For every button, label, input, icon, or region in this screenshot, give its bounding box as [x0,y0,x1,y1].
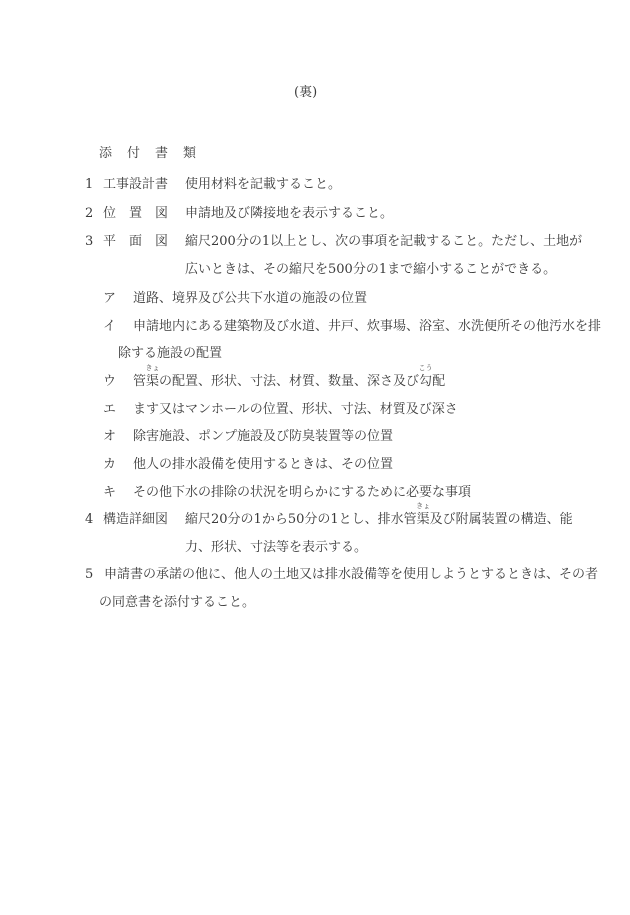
sub-item-u-pre: 管 [133,374,146,389]
sub-item-u-row: ウ 管渠きょの配置、形状、寸法、材質、数量、深さ及び勾こう配 [0,372,630,392]
item-2-desc: 申請地及び隣接地を表示すること。 [185,204,393,224]
sub-item-e-label: エ [103,400,116,420]
sub-item-ki-row: キ その他下水の排除の状況を明らかにするために必要な事項 [0,483,630,503]
item-1-desc: 使用材料を記載すること。 [185,175,341,195]
sub-item-a-row: ア 道路、境界及び公共下水道の施設の位置 [0,289,630,309]
ruby-haisui-kankyo-furigana: きょ [416,502,430,510]
item-3-title: 平 面 図 [103,232,168,252]
sub-item-a-label: ア [103,289,116,309]
item-3-desc-line2: 広いときは、その縮尺を500分の1まで縮小することができる。 [185,260,556,280]
item-4-desc-pre: 縮尺20分の1から50分の1とし、排水管 [185,512,417,527]
item-5-cont: の同意書を添付すること。 [0,593,630,613]
sub-item-ki-label: キ [103,483,116,503]
item-5-row: 5 申請書の承諾の他に、他人の土地又は排水設備等を使用しようとするときは、その者 [0,565,630,585]
sub-item-i-line1: 申請地内にある建築物及び水道、井戸、炊事場、浴室、水洗便所その他汚水を排 [133,317,601,337]
sub-item-e-row: エ ます又はマンホールの位置、形状、寸法、材質及び深さ [0,400,630,420]
ruby-kankyo-furigana: きょ [146,364,160,372]
sub-item-i-cont: 除する施設の配置 [0,344,630,364]
ruby-haisui-kankyo-base: 渠 [417,512,430,527]
item-3-desc-line1: 縮尺200分の1以上とし、次の事項を記載すること。ただし、土地が [185,232,582,252]
sub-item-o-text: 除害施設、ポンプ施設及び防臭装置等の位置 [133,427,393,447]
item-4-desc-line1: 縮尺20分の1から50分の1とし、排水管渠きょ及び附属装置の構造、能 [185,510,573,530]
item-1-title: 工事設計書 [103,175,168,195]
item-2-row: 2 位 置 図 申請地及び隣接地を表示すること。 [0,204,630,224]
item-4-title: 構造詳細図 [103,510,168,530]
item-5-line1: 申請書の承諾の他に、他人の土地又は排水設備等を使用しようとするときは、その者 [104,565,598,585]
sub-item-u-label: ウ [103,372,116,392]
item-5-number: 5 [85,565,93,585]
sub-item-ka-label: カ [103,455,116,475]
item-4-desc-line2: 力、形状、寸法等を表示する。 [185,538,367,558]
ruby-kobai-base: 勾 [419,374,432,389]
sub-item-i-line2: 除する施設の配置 [118,344,222,364]
item-4-number: 4 [85,510,93,530]
item-4-desc-cont: 力、形状、寸法等を表示する。 [0,538,630,558]
ruby-kobai-furigana: こう [419,364,433,372]
item-3-number: 3 [85,232,93,252]
sub-item-u-post: 配 [432,374,445,389]
sub-item-ka-text: 他人の排水設備を使用するときは、その位置 [133,455,393,475]
sub-item-o-label: オ [103,427,116,447]
sub-item-u-text: 管渠きょの配置、形状、寸法、材質、数量、深さ及び勾こう配 [133,372,445,392]
sub-item-ki-text: その他下水の排除の状況を明らかにするために必要な事項 [133,483,471,503]
ruby-kankyo-base: 渠 [146,374,159,389]
sub-item-i-label: イ [103,317,116,337]
sub-item-i-row: イ 申請地内にある建築物及び水道、井戸、炊事場、浴室、水洗便所その他汚水を排 [0,317,630,337]
attachment-documents-heading: 添 付 書 類 [99,144,197,164]
item-2-number: 2 [85,204,93,224]
item-1-row: 1 工事設計書 使用材料を記載すること。 [0,175,630,195]
item-4-desc-post: 及び附属装置の構造、能 [430,512,573,527]
sub-item-e-text: ます又はマンホールの位置、形状、寸法、材質及び深さ [133,400,458,420]
item-5-line2: の同意書を添付すること。 [99,593,255,613]
sub-item-o-row: オ 除害施設、ポンプ施設及び防臭装置等の位置 [0,427,630,447]
sub-item-ka-row: カ 他人の排水設備を使用するときは、その位置 [0,455,630,475]
item-3-desc-cont: 広いときは、その縮尺を500分の1まで縮小することができる。 [0,260,630,280]
ruby-kobai: 勾こう [419,372,432,392]
item-3-row: 3 平 面 図 縮尺200分の1以上とし、次の事項を記載すること。ただし、土地が [0,232,630,252]
sub-item-u-mid: の配置、形状、寸法、材質、数量、深さ及び [159,374,419,389]
ruby-haisui-kankyo: 渠きょ [417,510,430,530]
sub-item-a-text: 道路、境界及び公共下水道の施設の位置 [133,289,367,309]
item-2-title: 位 置 図 [103,204,168,224]
item-1-number: 1 [85,175,93,195]
ruby-kankyo: 渠きょ [146,372,159,392]
document-page: (裏) 添 付 書 類 1 工事設計書 使用材料を記載すること。 2 位 置 図… [0,0,630,915]
item-4-row: 4 構造詳細図 縮尺20分の1から50分の1とし、排水管渠きょ及び附属装置の構造… [0,510,630,530]
page-side-label: (裏) [294,83,317,103]
